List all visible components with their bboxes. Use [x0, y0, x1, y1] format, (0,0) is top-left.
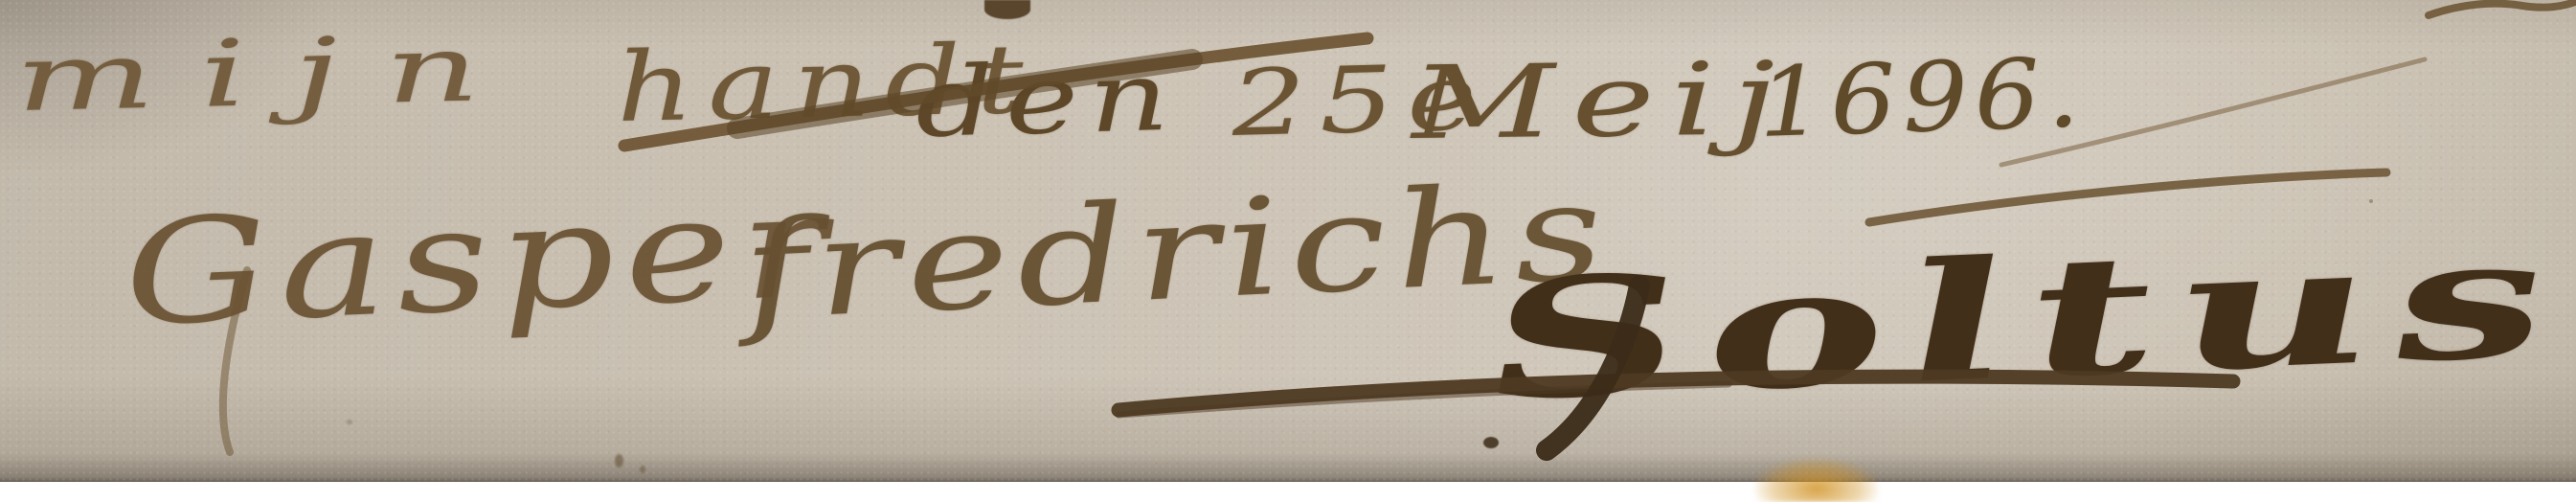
paper-speck — [347, 420, 352, 424]
signature-surname: Soltus — [1480, 216, 2574, 423]
manuscript-photo: mijn handt den 25e Meij 1696. Gasper fre… — [0, 0, 2576, 482]
handwritten-word-month: Meij — [1410, 49, 1793, 154]
ink-blot — [1483, 437, 1499, 448]
signature-first-name: Gasper — [120, 173, 841, 347]
handwritten-word-year: 1696. — [1756, 45, 2087, 151]
cutoff-ink-blob — [984, 0, 1030, 19]
handwritten-word-den: den — [913, 49, 1180, 151]
orange-stain-mark — [1754, 458, 1879, 482]
top-right-cutoff-stroke — [2429, 2, 2575, 15]
handwritten-word-mijn: mijn — [12, 21, 528, 125]
ink-smudge — [640, 466, 645, 473]
paper-speck — [2369, 199, 2373, 203]
ink-smudge — [615, 454, 623, 468]
